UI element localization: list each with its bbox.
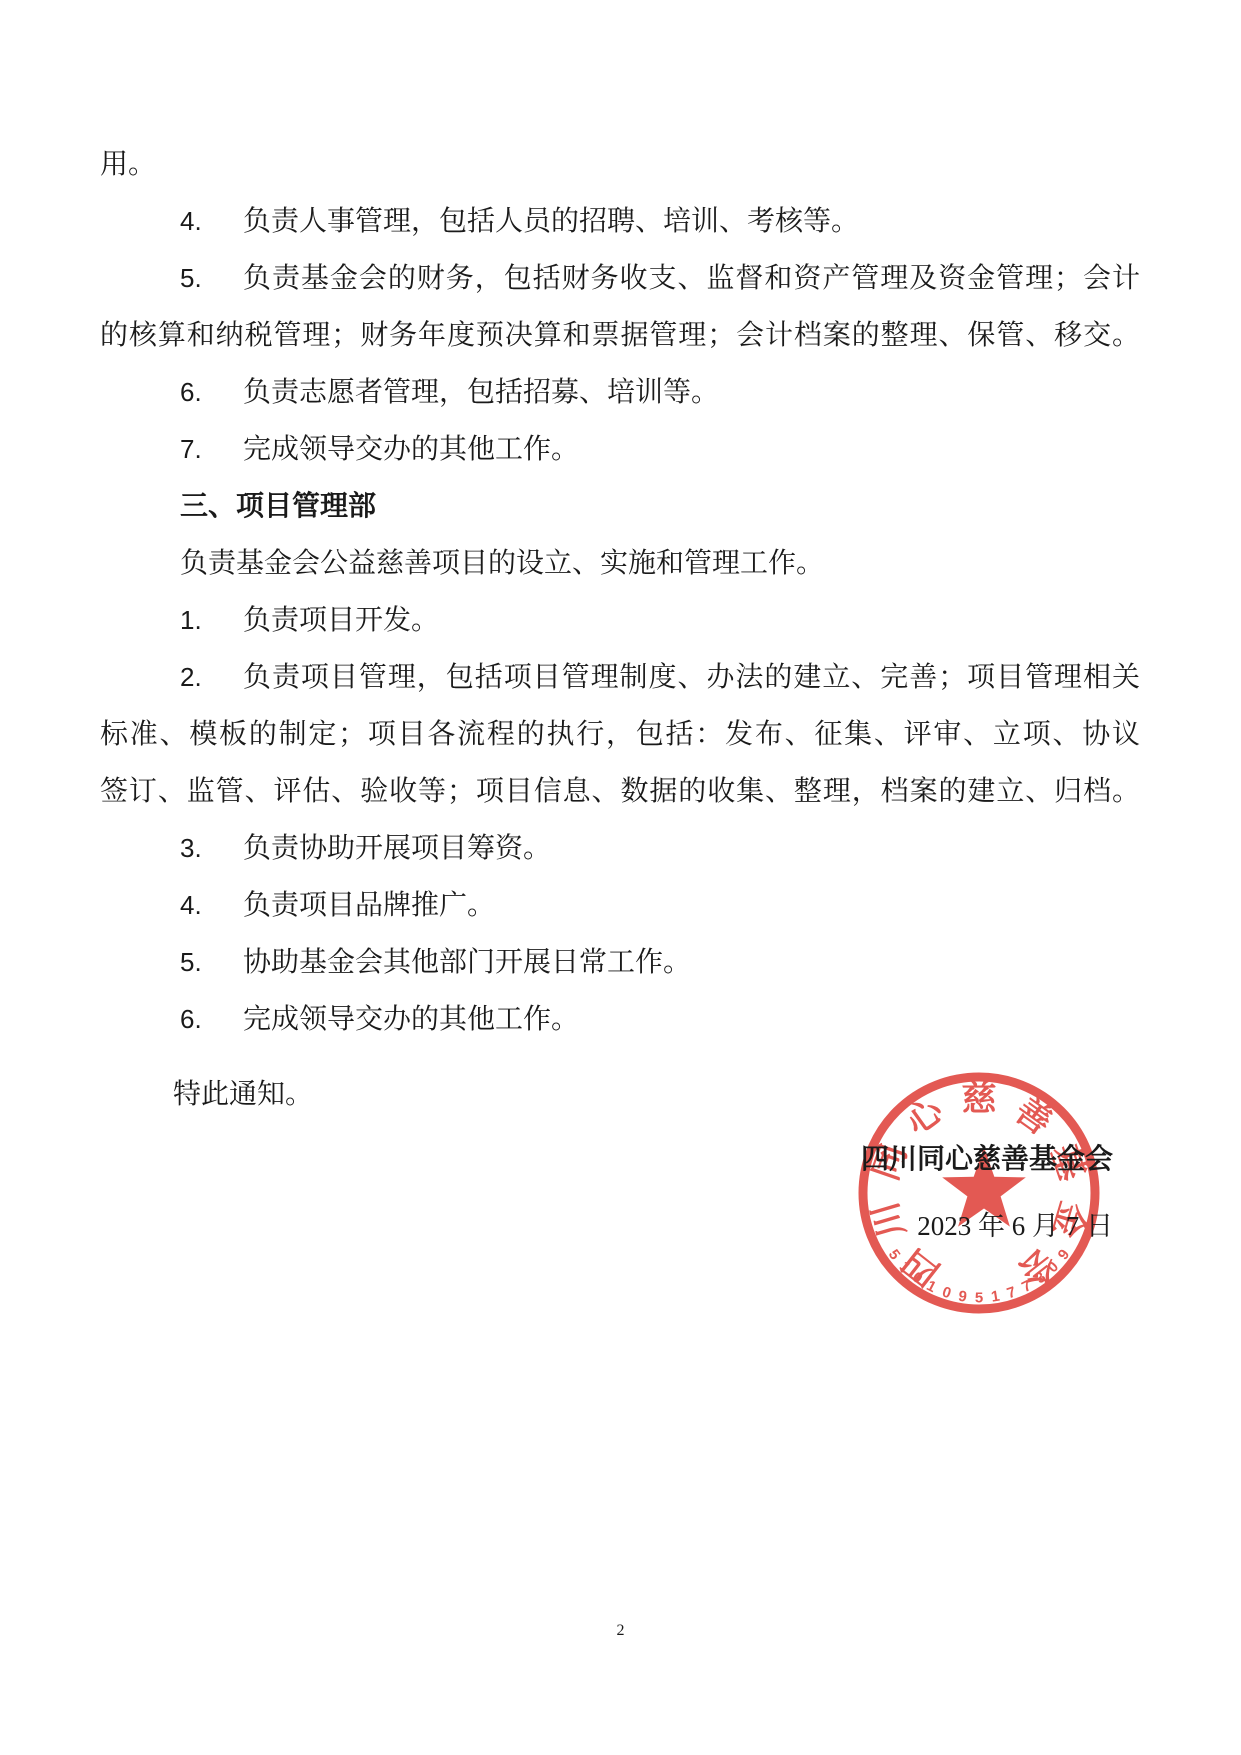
seal-serial-digit: 1 [990,1288,1001,1306]
document-page: 用。 4.负责人事管理，包括人员的招聘、培训、考核等。 5.负责基金会的财务，包… [0,0,1241,1755]
list-number: 3. [180,820,202,877]
list-number: 6. [180,364,202,421]
list-item: 3.负责协助开展项目筹资。 [100,820,1140,877]
body-line: 标准、模板的制定；项目各流程的执行，包括：发布、征集、评审、立项、协议 [100,706,1140,763]
list-item-text: 负责人事管理，包括人员的招聘、培训、考核等。 [243,193,1140,250]
body-line: 的核算和纳税管理；财务年度预决算和票据管理；会计档案的整理、保管、移交。 [100,307,1140,364]
list-number: 4. [180,193,202,250]
list-item-text: 协助基金会其他部门开展日常工作。 [243,934,1140,991]
list-item: 6.完成领导交办的其他工作。 [100,991,1140,1048]
seal-serial-digit: 7 [1005,1284,1018,1303]
list-item: 7.完成领导交办的其他工作。 [100,421,1140,478]
seal-serial-digit: 9 [957,1288,968,1306]
list-number: 5. [180,934,202,991]
signature-org: 四川同心慈善基金会 [100,1131,1113,1188]
signature-date: 2023 年 6 月 7 日 [100,1198,1113,1255]
list-item-text: 负责志愿者管理，包括招募、培训等。 [243,364,1140,421]
list-item-text: 负责基金会的财务，包括财务收支、监督和资产管理及资金管理；会计 [243,250,1140,307]
seal-serial-digit: 0 [940,1284,953,1303]
list-item-text: 完成领导交办的其他工作。 [243,991,1140,1048]
list-item-text: 完成领导交办的其他工作。 [243,421,1140,478]
document-body: 用。 4.负责人事管理，包括人员的招聘、培训、考核等。 5.负责基金会的财务，包… [100,136,1140,1255]
body-line-text: 的核算和纳税管理；财务年度预决算和票据管理；会计档案的整理、保管、移交。 [100,320,1140,351]
list-item: 4.负责人事管理，包括人员的招聘、培训、考核等。 [100,193,1140,250]
list-item: 5.负责基金会的财务，包括财务收支、监督和资产管理及资金管理；会计 [100,250,1140,307]
list-item: 4.负责项目品牌推广。 [100,877,1140,934]
list-number: 2. [180,649,202,706]
body-line: 签订、监管、评估、验收等；项目信息、数据的收集、整理，档案的建立、归档。 [100,763,1140,820]
list-item: 1.负责项目开发。 [100,592,1140,649]
list-number: 5. [180,250,202,307]
section-heading-text: 三、项目管理部 [180,478,376,535]
list-item: 5.协助基金会其他部门开展日常工作。 [100,934,1140,991]
body-line: 负责基金会公益慈善项目的设立、实施和管理工作。 [100,535,1140,592]
closing-notice: 特此通知。 [100,1066,1140,1123]
list-number: 7. [180,421,202,478]
list-item-text: 负责项目品牌推广。 [243,877,1140,934]
body-line-text: 负责基金会公益慈善项目的设立、实施和管理工作。 [180,535,1140,592]
list-item-text: 负责项目管理，包括项目管理制度、办法的建立、完善；项目管理相关 [243,649,1140,706]
list-item: 2.负责项目管理，包括项目管理制度、办法的建立、完善；项目管理相关 [100,649,1140,706]
list-item-text: 负责项目开发。 [243,592,1140,649]
list-number: 1. [180,592,202,649]
list-item-text: 负责协助开展项目筹资。 [243,820,1140,877]
body-line-text: 签订、监管、评估、验收等；项目信息、数据的收集、整理，档案的建立、归档。 [100,776,1140,807]
seal-serial-digit: 5 [975,1290,983,1307]
list-item: 6.负责志愿者管理，包括招募、培训等。 [100,364,1140,421]
closing-notice-text: 特此通知。 [173,1066,313,1123]
section-heading: 三、项目管理部 [100,478,1140,535]
list-number: 4. [180,877,202,934]
body-line-text: 用。 [100,136,1140,193]
list-number: 6. [180,991,202,1048]
body-line-text: 标准、模板的制定；项目各流程的执行，包括：发布、征集、评审、立项、协议 [100,719,1140,750]
body-line: 用。 [100,136,1140,193]
page-number: 2 [0,1622,1241,1755]
